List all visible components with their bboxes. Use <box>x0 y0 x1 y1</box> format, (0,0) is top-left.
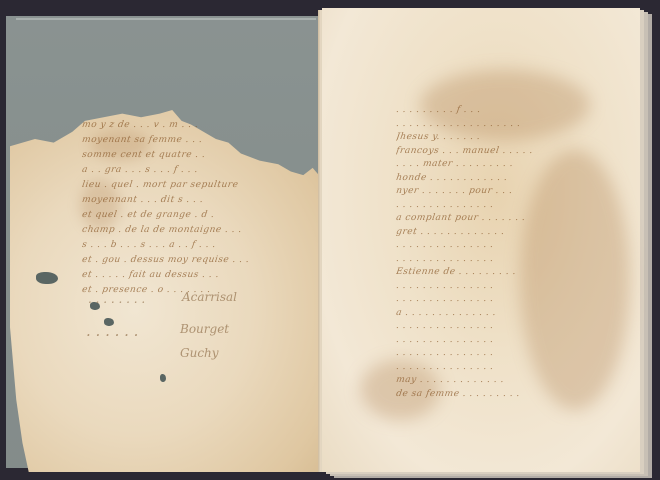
script-line: somme cent et quatre . . <box>82 148 302 163</box>
script-line: . . . . . . . . . . . . . . . . . . . <box>396 118 636 132</box>
script-line: a . . gra . . . s . . . f . . . <box>82 163 302 178</box>
script-line: . . . . . . . . . . . . . . . <box>396 334 636 348</box>
right-page-handwriting: . . . . . . . . . f . . . . . . . . . . … <box>396 104 636 401</box>
script-line: . . . . . . . . . . . . . . . <box>396 347 636 361</box>
script-line: . . . . . . . . . f . . . <box>396 104 636 118</box>
script-line: a . . . . . . . . . . . . . . <box>396 307 636 321</box>
script-line: champ . de la de montaigne . . . <box>82 223 302 238</box>
script-line: gret . . . . . . . . . . . . . <box>396 226 636 240</box>
signature: . . . . . . . . <box>88 292 145 306</box>
script-line: . . . . . . . . . . . . . . . <box>396 280 636 294</box>
paper-hole <box>36 272 58 284</box>
script-line: . . . . . . . . . . . . . . . <box>396 199 636 213</box>
script-line: mo y z de . . . v . m . . . <box>82 118 302 133</box>
script-line: et . gou . dessus moy requise . . . <box>82 253 302 268</box>
script-line: lieu . quel . mort par sepulture <box>82 178 302 193</box>
script-line: a complant pour . . . . . . . <box>396 212 636 226</box>
script-line: may . . . . . . . . . . . . . <box>396 374 636 388</box>
script-line: francoys . . . manuel . . . . . <box>396 145 636 159</box>
script-line: . . . . . . . . . . . . . . . <box>396 361 636 375</box>
script-line: s . . . b . . . s . . . a . . f . . . <box>82 238 302 253</box>
signature: Acarrisal <box>182 290 237 304</box>
script-line: nyer . . . . . . . pour . . . <box>396 185 636 199</box>
script-line: . . . . . . . . . . . . . . . <box>396 320 636 334</box>
paper-hole <box>160 374 166 382</box>
script-line: . . . . mater . . . . . . . . . <box>396 158 636 172</box>
script-line: Jhesus y. . . . . . . <box>396 131 636 145</box>
script-line: . . . . . . . . . . . . . . . <box>396 293 636 307</box>
signature: . . . . . . <box>86 322 138 340</box>
script-line: . . . . . . . . . . . . . . . <box>396 239 636 253</box>
signature: Bourget <box>180 322 229 336</box>
script-line: moyenant sa femme . . . <box>82 133 302 148</box>
script-line: de sa femme . . . . . . . . . <box>396 388 636 402</box>
script-line: moyennant . . . dit s . . . <box>82 193 302 208</box>
script-line: Estienne de . . . . . . . . . <box>396 266 636 280</box>
script-line: et quel . et de grange . d . <box>82 208 302 223</box>
signature: Guchy <box>180 346 219 360</box>
script-line: et . . . . . fait au dessus . . . <box>82 268 302 283</box>
script-line: . . . . . . . . . . . . . . . <box>396 253 636 267</box>
left-page-handwriting: mo y z de . . . v . m . . . moyenant sa … <box>82 118 302 298</box>
script-line: honde . . . . . . . . . . . . <box>396 172 636 186</box>
tissue-paper-edge <box>16 18 316 20</box>
